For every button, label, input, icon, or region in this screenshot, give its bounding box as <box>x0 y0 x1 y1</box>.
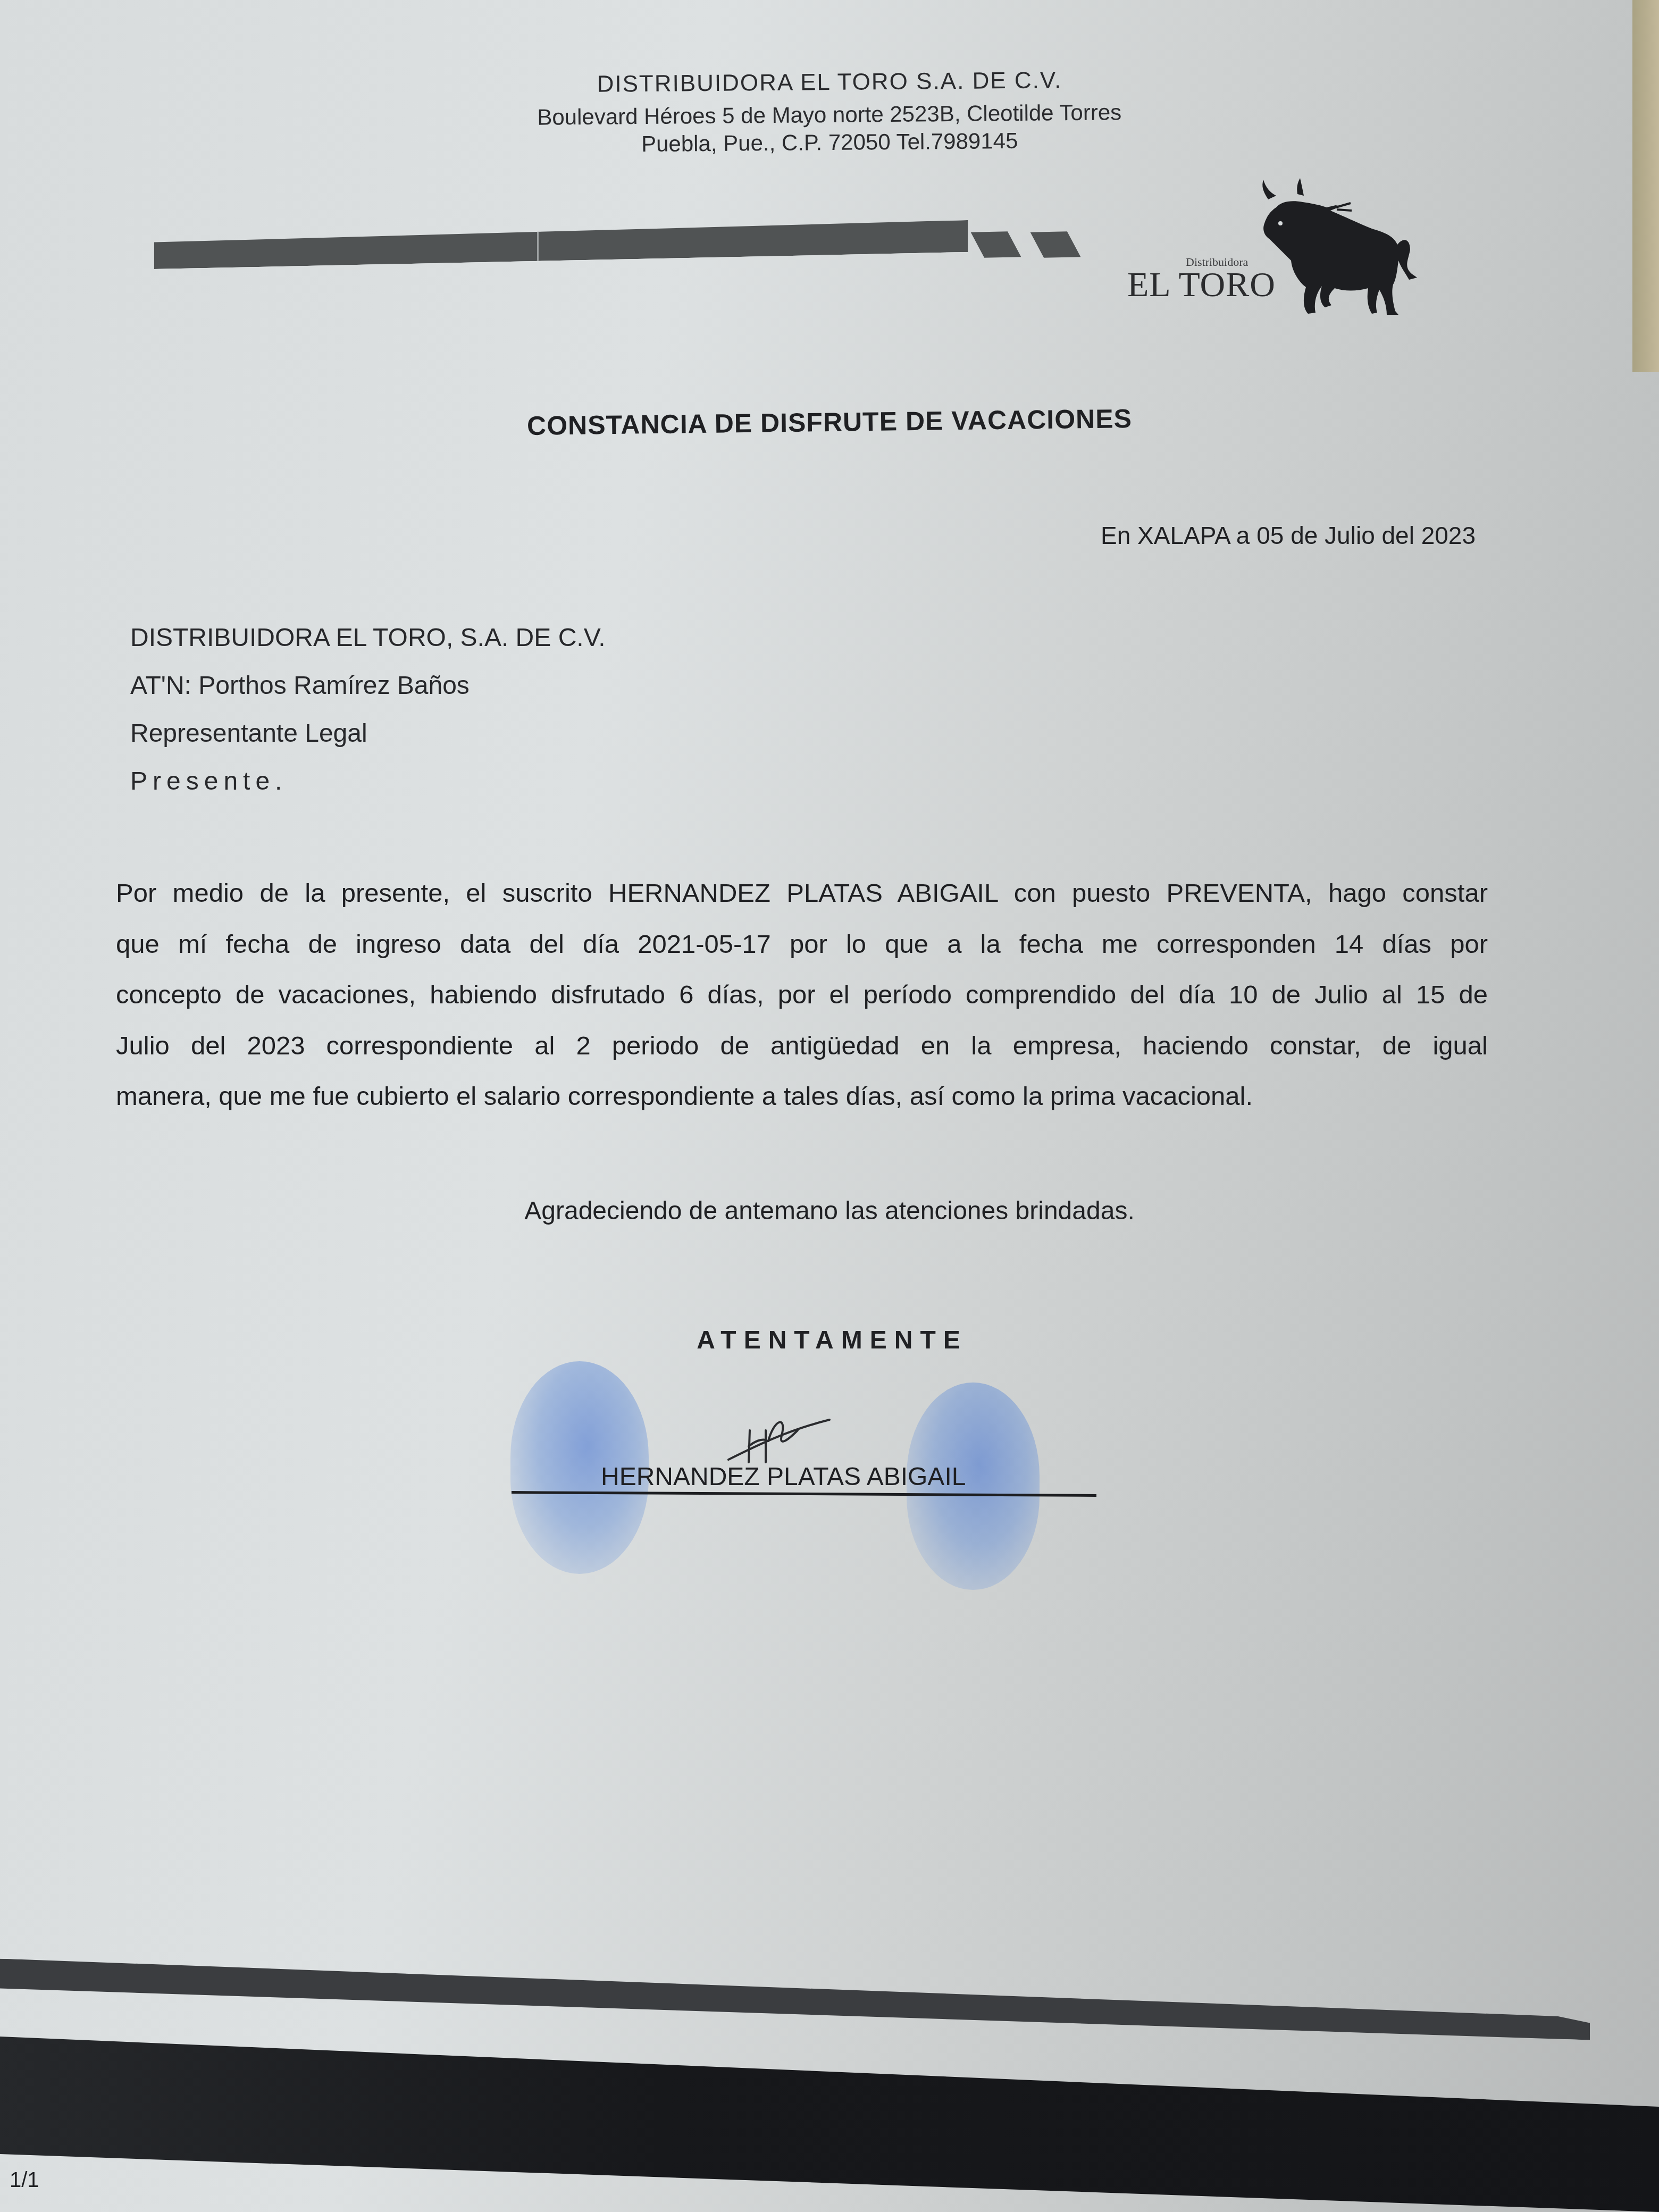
header-band-chip <box>971 231 1021 257</box>
recipient-company: DISTRIBUIDORA EL TORO, S.A. DE C.V. <box>130 614 606 662</box>
recipient-role: Representante Legal <box>130 710 606 758</box>
recipient-block: DISTRIBUIDORA EL TORO, S.A. DE C.V. AT'N… <box>130 614 606 806</box>
body-paragraph: Por medio de la presente, el suscrito HE… <box>116 868 1488 1122</box>
closing-line: Agradeciendo de antemano las atenciones … <box>0 1196 1659 1226</box>
body-line: Julio del 2023 correspondiente al 2 peri… <box>116 1021 1488 1072</box>
valediction: ATENTAMENTE <box>0 1326 1659 1355</box>
background-surface <box>1632 0 1659 372</box>
header-band-chip <box>1030 231 1081 257</box>
letterhead-address: Boulevard Héroes 5 de Mayo norte 2523B, … <box>0 94 1659 163</box>
document-title: CONSTANCIA DE DISFRUTE DE VACACIONES <box>0 397 1659 448</box>
footer-decorative-band <box>0 1958 1590 2040</box>
body-line: manera, que me fue cubierto el salario c… <box>116 1071 1488 1122</box>
recipient-attention: AT'N: Porthos Ramírez Baños <box>130 662 606 710</box>
page-number: 1/1 <box>10 2168 39 2192</box>
recipient-presente: Presente. <box>130 758 606 806</box>
footer-decorative-band-wide <box>0 2037 1659 2212</box>
place-date: En XALAPA a 05 de Julio del 2023 <box>1101 521 1476 550</box>
signature-scribble <box>713 1409 840 1468</box>
document-page: DISTRIBUIDORA EL TORO S.A. DE C.V. Boule… <box>0 0 1659 2212</box>
body-line: Por medio de la presente, el suscrito HE… <box>116 868 1488 919</box>
company-logo: Distribuidora EL TORO <box>1117 170 1425 314</box>
logo-name: EL TORO <box>1127 265 1276 305</box>
signer-name: HERNANDEZ PLATAS ABIGAIL <box>601 1462 966 1492</box>
header-decorative-band <box>154 220 968 269</box>
body-line: concepto de vacaciones, habiendo disfrut… <box>116 970 1488 1021</box>
body-line: que mí fecha de ingreso data del día 202… <box>116 919 1488 970</box>
